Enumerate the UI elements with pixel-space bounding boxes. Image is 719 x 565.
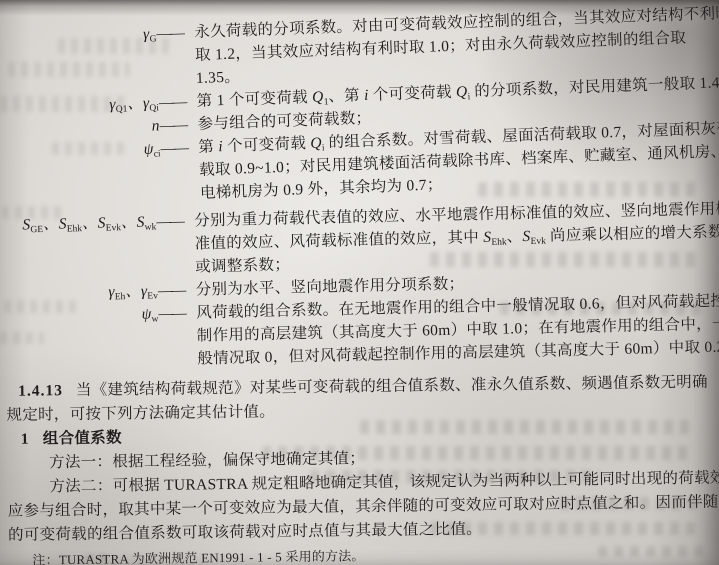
clause-text: 当《建筑结构荷载规范》对某些可变荷载的组合值系数、准永久值系数、频遇值系数无明确 (76, 374, 708, 399)
definition-text: 分别为重力荷载代表值的效应、水平地震作用标准值的效应、竖向地震作用标 准值的效应… (194, 196, 719, 278)
definition-dash: —— (158, 90, 197, 114)
symbol-psi-ci: ψci (4, 137, 161, 166)
document-content: γG —— 永久荷载的分项系数。对由可变荷载效应控制的组合，当其效应对结构不利时… (0, 0, 719, 565)
subclause-title: 组合值系数 (43, 429, 122, 447)
symbol-s-ge-ehk-evk-wk: SGE、SEhk、SEvk、Swk (0, 210, 156, 237)
symbol-glossary-lower: SGE、SEhk、SEvk、Swk —— 分别为重力荷载代表值的效应、水平地震作… (0, 196, 719, 375)
definition-dash: —— (156, 21, 195, 45)
subclause-number: 1 (21, 431, 29, 448)
symbol-glossary-upper: γG —— 永久荷载的分项系数。对由可变荷载效应控制的组合，当其效应对结构不利时… (0, 0, 719, 212)
symbol-psi-w: ψw (2, 302, 158, 329)
symbol-gamma-g: γG (0, 22, 157, 51)
definition-dash: —— (159, 113, 198, 137)
definition-dash: —— (156, 210, 195, 234)
definition-text: 风荷载的组合系数。在无地震作用的组合中一般情况取 0.6，但对风荷载起控 制作用… (196, 288, 719, 370)
definition-dash: —— (160, 136, 199, 160)
clause-number: 1.4.13 (6, 382, 63, 400)
definition-dash: —— (158, 302, 197, 326)
scanned-document-page: γG —— 永久荷载的分项系数。对由可变荷载效应控制的组合，当其效应对结构不利时… (0, 0, 719, 565)
clause-1-4-13: 1.4.13当《建筑结构荷载规范》对某些可变荷载的组合值系数、准永久值系数、频遇… (0, 370, 719, 565)
definition-dash: —— (158, 279, 197, 303)
